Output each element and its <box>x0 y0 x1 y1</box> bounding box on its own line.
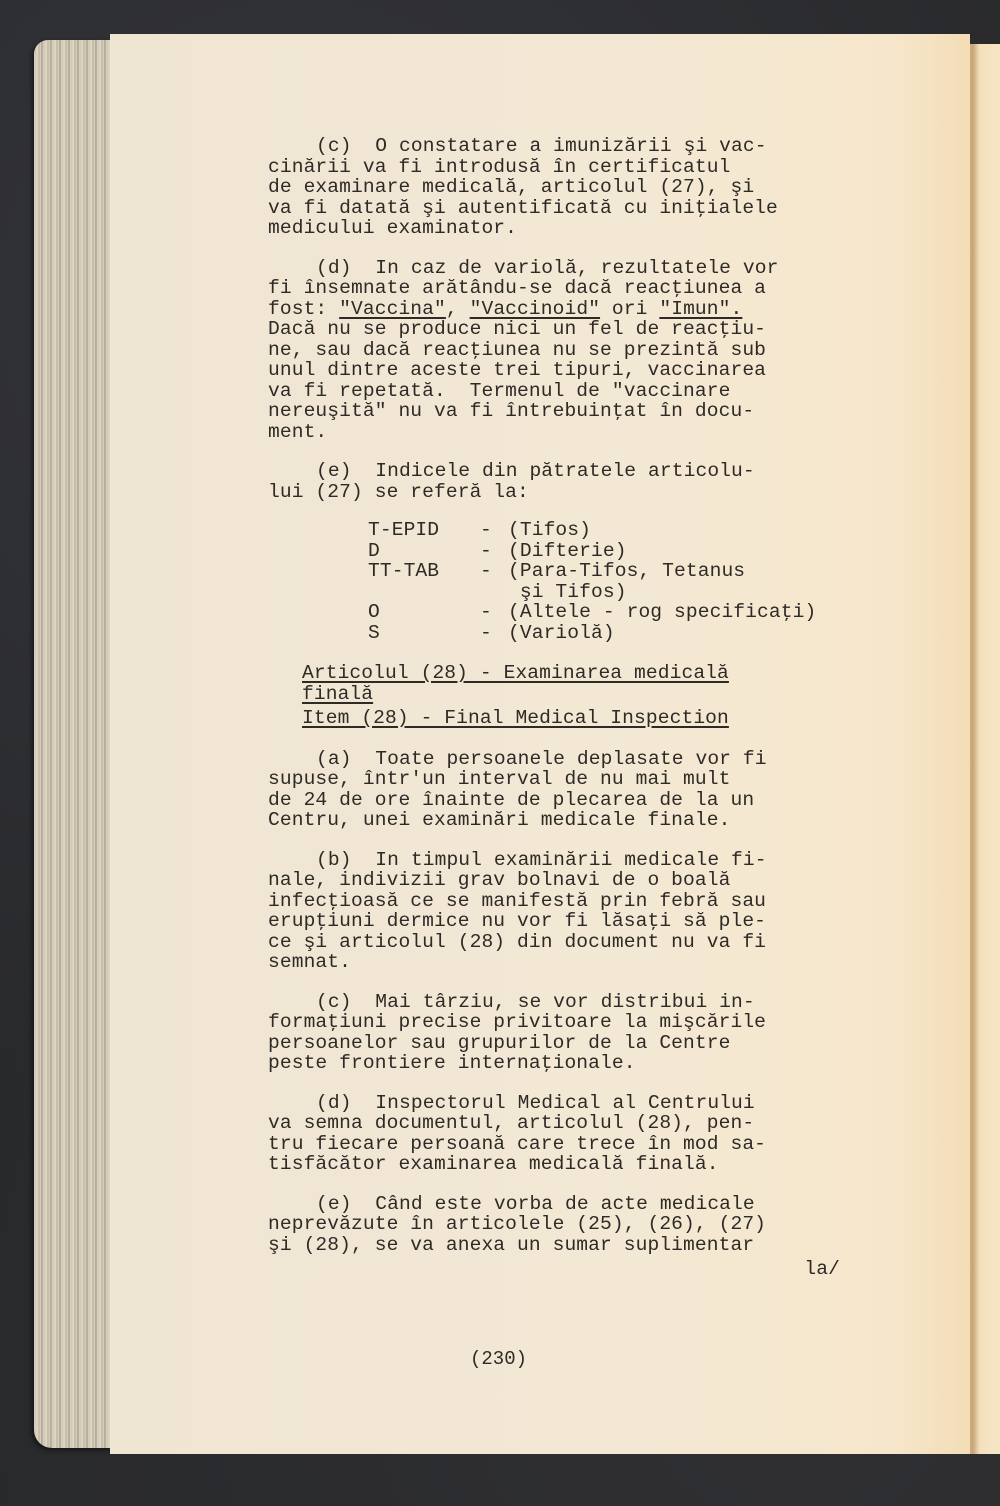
text-line: (e) Indicele din pătratele articolu- <box>316 460 755 482</box>
text-line: (c) Mai târziu, se vor distribui in- <box>316 991 755 1013</box>
paragraph-28b: (b) In timpul examinării medicale fi- na… <box>268 850 828 973</box>
code-meaning: (Para-Tifos, Tetanus <box>508 561 745 582</box>
text-line: va fi datată şi autentificată cu iniţial… <box>268 197 778 219</box>
heading-en: Item (28) - Final Medical Inspection <box>302 708 828 729</box>
code-meaning: şi Tifos) <box>508 582 627 603</box>
code: S <box>368 623 480 644</box>
heading-ro-line2: finală <box>302 684 828 705</box>
code-row: S-(Variolă) <box>368 623 828 644</box>
text-line: nale, indivizii grav bolnavi de o boală <box>268 869 730 891</box>
code: D <box>368 541 480 562</box>
text-line: lui (27) se referă la: <box>268 481 529 503</box>
text-line: fost: <box>268 298 339 320</box>
dash: - <box>480 561 508 582</box>
code-legend: T-EPID-(Tifos) D-(Difterie) TT-TAB-(Para… <box>368 520 828 643</box>
heading-ro-line1: Articolul (28) - Examinarea medicală <box>302 663 828 684</box>
text-line: semnat. <box>268 951 351 973</box>
dash: - <box>480 602 508 623</box>
code-meaning: (Tifos) <box>508 520 591 541</box>
paragraph-27d: (d) In caz de variolă, rezultatele vor f… <box>268 258 828 443</box>
book-page-edges <box>34 40 114 1448</box>
text-line: va semna documentul, articolul (28), pen… <box>268 1112 754 1134</box>
paragraph-27c: (c) O constatare a imunizării şi vac- ci… <box>268 136 828 239</box>
page-number: (230) <box>470 1348 527 1370</box>
dash <box>480 582 508 603</box>
text-line: unul dintre aceste trei tipuri, vaccinar… <box>268 359 766 381</box>
term-vaccinoid: "Vaccinoid" <box>470 298 600 320</box>
dash: - <box>480 623 508 644</box>
text-line: infecţioasă ce se manifestă prin febră s… <box>268 890 766 912</box>
text-line: (a) Toate persoanele deplasate vor fi <box>316 748 767 770</box>
paragraph-27e: (e) Indicele din pătratele articolu- lui… <box>268 461 828 502</box>
text-line: tru fiecare persoană care trece în mod s… <box>268 1133 766 1155</box>
book-gutter <box>966 44 1000 1454</box>
code-meaning: (Difterie) <box>508 541 627 562</box>
text-line: neprevăzute în articolele (25), (26), (2… <box>268 1213 766 1235</box>
section-heading: Articolul (28) - Examinarea medicală fin… <box>302 663 828 729</box>
text-line: Dacă nu se produce nici un fel de reacţi… <box>268 318 766 340</box>
text-line: (e) Când este vorba de acte medicale <box>316 1193 755 1215</box>
continuation-catchword: la/ <box>268 1259 840 1280</box>
text-line: (d) In caz de variolă, rezultatele vor <box>316 257 778 279</box>
text-line: (d) Inspectorul Medical al Centrului <box>316 1092 755 1114</box>
code-row: T-EPID-(Tifos) <box>368 520 828 541</box>
dash: - <box>480 541 508 562</box>
text-line: (b) In timpul examinării medicale fi- <box>316 849 767 871</box>
text-line: erupţiuni dermice nu vor fi lăsaţi să pl… <box>268 910 766 932</box>
text-line: ce şi articolul (28) din document nu va … <box>268 931 766 953</box>
separator: ori <box>600 298 659 320</box>
paragraph-28d: (d) Inspectorul Medical al Centrului va … <box>268 1093 828 1175</box>
text-line: (c) O constatare a imunizării şi vac- <box>316 135 767 157</box>
text-line: de examinare medicală, articolul (27), ş… <box>268 176 754 198</box>
text-line: formaţiuni precise privitoare la mişcări… <box>268 1011 766 1033</box>
paragraph-28c: (c) Mai târziu, se vor distribui in- for… <box>268 992 828 1074</box>
dash: - <box>480 520 508 541</box>
term-imun: "Imun". <box>659 298 742 320</box>
code-meaning: (Variolă) <box>508 623 615 644</box>
text-line: ne, sau dacă reacţiunea nu se prezintă s… <box>268 339 766 361</box>
code: O <box>368 602 480 623</box>
text-line: de 24 de ore înainte de plecarea de la u… <box>268 789 754 811</box>
text-line: şi (28), se va anexa un sumar suplimenta… <box>268 1234 754 1256</box>
text-line: ment. <box>268 421 327 443</box>
text-line: peste frontiere internaţionale. <box>268 1052 636 1074</box>
text-line: medicului examinator. <box>268 217 517 239</box>
code-row: D-(Difterie) <box>368 541 828 562</box>
separator: , <box>446 298 470 320</box>
code-row: TT-TAB-(Para-Tifos, Tetanus <box>368 561 828 582</box>
paragraph-28a: (a) Toate persoanele deplasate vor fi su… <box>268 749 828 831</box>
code-row: O-(Altele - rog specificaţi) <box>368 602 828 623</box>
page-text: (c) O constatare a imunizării şi vac- ci… <box>268 136 828 1280</box>
code-row: şi Tifos) <box>368 582 828 603</box>
text-line: supuse, într'un interval de nu mai mult <box>268 768 730 790</box>
text-line: va fi repetată. Termenul de "vaccinare <box>268 380 730 402</box>
text-line: nereuşită" nu va fi întrebuinţat în docu… <box>268 400 754 422</box>
code: TT-TAB <box>368 561 480 582</box>
text-line: tisfăcător examinarea medicală finală. <box>268 1153 719 1175</box>
paragraph-28e: (e) Când este vorba de acte medicale nep… <box>268 1194 828 1256</box>
code-meaning: (Altele - rog specificaţi) <box>508 602 816 623</box>
text-line: fi însemnate arătându-se dacă reacţiunea… <box>268 277 766 299</box>
text-line: persoanelor sau grupurilor de la Centre <box>268 1032 730 1054</box>
code: T-EPID <box>368 520 480 541</box>
term-vaccina: "Vaccina" <box>339 298 446 320</box>
text-line: Centru, unei examinări medicale finale. <box>268 809 730 831</box>
code <box>368 582 480 603</box>
text-line: cinării va fi introdusă în certificatul <box>268 156 730 178</box>
